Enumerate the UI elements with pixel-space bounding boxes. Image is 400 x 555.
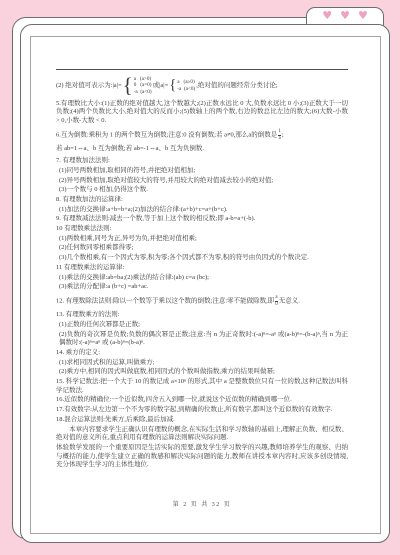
document-content: (2) 绝对值可表示为:|a|={a (a>0)0 (a=0)-a (a<0)或… (56, 69, 348, 471)
doc-paragraph: 17.有效数字:从左边第一个不为零的数字起,到精确的位数止,所有数字,都叫这个近… (56, 406, 348, 415)
doc-paragraph: (2)任何数同零相乘都得零; (56, 244, 348, 253)
piecewise-cases: {a (a≥0)-a (a<0) (169, 78, 195, 93)
doc-paragraph: 5.有理数比大小:(1)正数的绝对值越大,这个数越大;(2)正数永远比 0 大,… (56, 100, 348, 126)
doc-body: (2) 绝对值可表示为:|a|={a (a>0)0 (a=0)-a (a<0)或… (56, 75, 348, 470)
doc-paragraph: 13. 有理数乘方的法则: (56, 311, 348, 320)
doc-paragraph: 18.混合运算法则:先乘方,后乘除,最后加减. (56, 416, 348, 425)
doc-paragraph: 若 ab=1⇔a、b 互为倒数;若 ab=-1⇔a、b 互为负倒数. (56, 145, 348, 154)
doc-paragraph: (2) 绝对值可表示为:|a|={a (a>0)0 (a=0)-a (a<0)或… (56, 75, 348, 96)
doc-paragraph: 8. 有理数加法的运算律: (56, 196, 348, 205)
doc-paragraph: (2)乘方中,相同的因式叫做底数,相同因式的个数叫做指数,乘方的结果叫做幂; (56, 368, 348, 377)
doc-paragraph: 15. 科学记数法:把一个大于 10 的数记成 a×10ⁿ 的形式,其中 a 是… (56, 378, 348, 395)
doc-paragraph: 10 有理数乘法法则: (56, 225, 348, 234)
doc-paragraph: 6.互为倒数:乘积为 1 的两个数互为倒数;注意:0 没有倒数;若 a≠0,那么… (56, 129, 348, 141)
fraction: 1a (278, 129, 281, 141)
piecewise-cases: {a (a>0)0 (a=0)-a (a<0) (123, 75, 152, 96)
doc-paragraph: 11 有理数乘法的运算律: (56, 264, 348, 273)
doc-paragraph: 12. 有理数除法法则:除以一个数等于乘以这个数的倒数;注意:零不能做除数,即a… (56, 295, 348, 307)
doc-paragraph: (2)异号两数相加,取绝对值较大的符号,并用较大的绝对值减去较小的绝对值; (56, 177, 348, 186)
doc-paragraph: 14. 乘方的定义: (56, 349, 348, 358)
doc-paragraph: (1)正数的任何次幂都是正数; (56, 321, 348, 330)
doc-paragraph: 16.近似数的精确位:一个近似数,四舍五入到哪一位,就说这个近似数的精确到哪一位… (56, 396, 348, 405)
doc-paragraph: (1)同号两数相加,取相同的符号,并把绝对值相加; (56, 167, 348, 176)
fraction: a0 (275, 295, 278, 307)
doc-paragraph: (1)两数相乘,同号为正,异号为负,并把绝对值相乘; (56, 235, 348, 244)
doc-paragraph: 7. 有理数加法法则: (56, 157, 348, 166)
doc-paragraph: (3)一个数与 0 相加,仍得这个数. (56, 186, 348, 195)
doc-paragraph: (1)加法的交换律:a+b=b+a;(2)加法的结合律:(a+b)+c=a+(b… (56, 206, 348, 215)
section-divider (56, 69, 348, 70)
heart-icon: ♥ (340, 10, 350, 21)
heart-icon: ♥ (322, 10, 332, 21)
page-background: ♥ ♥ ♥ (2) 绝对值可表示为:|a|={a (a>0)0 (a=0)-a … (0, 0, 400, 555)
doc-paragraph: (3)乘法的分配律:a (b+c) =ab+ac. (56, 283, 348, 292)
doc-paragraph: 9. 有理数减法法则:减去一个数,等于加上这个数的相反数;即 a-b=a+(-b… (56, 215, 348, 224)
doc-paragraph: (1)求相同因式积的运算,叫做乘方; (56, 359, 348, 368)
page-footer: 第 2 页 共 32 页 (56, 499, 348, 508)
heart-icon: ♥ (358, 10, 368, 21)
doc-paragraph: (2)负数的奇次幂是负数;负数的偶次幂是正数;注意:当 n 为正奇数时:(-a)… (56, 331, 348, 348)
doc-paragraph: 体验数学发展的一个重要原因是生活实际的需要,激发学生学习数学的兴趣,教师培养学生… (56, 444, 348, 470)
doc-paragraph: (1)乘法的交换律:ab=ba;(2)乘法的结合律:(ab) c=a (bc); (56, 274, 348, 283)
doc-paragraph: 本章内容要求学生正确认识有理数的概念,在实际生活和学习数轴的基础上,理解正负数、… (56, 426, 348, 443)
doc-paragraph: (3)几个数相乘,有一个因式为零,积为零;各个因式都不为零,积的符号由负因式的个… (56, 254, 348, 263)
